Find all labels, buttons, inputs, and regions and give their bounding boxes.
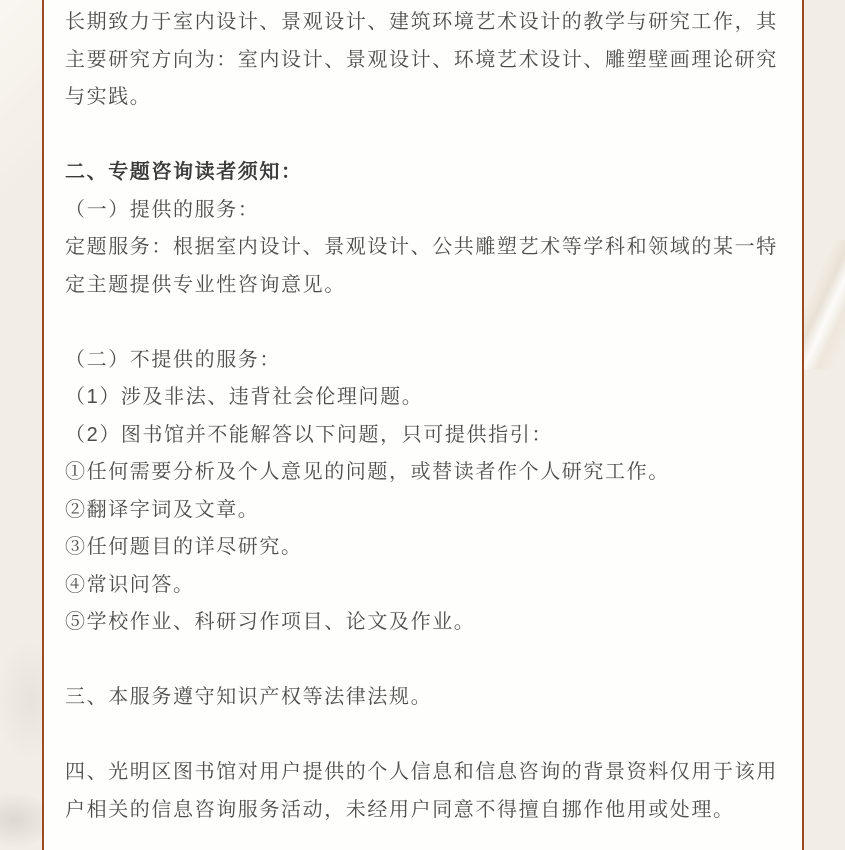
paragraph: （1）涉及非法、违背社会伦理问题。 <box>65 379 781 417</box>
paragraph: ①任何需要分析及个人意见的问题，或替读者作个人研究工作。 <box>65 454 781 492</box>
section-heading: 二、专题咨询读者须知： <box>65 154 781 192</box>
article-page: 长期致力于室内设计、景观设计、建筑环境艺术设计的教学与研究工作，其主要研究方向为… <box>0 0 845 850</box>
paragraph: （2）图书馆并不能解答以下问题，只可提供指引： <box>65 417 781 455</box>
paragraph: 长期致力于室内设计、景观设计、建筑环境艺术设计的教学与研究工作，其主要研究方向为… <box>65 4 781 117</box>
paragraph: 定题服务：根据室内设计、景观设计、公共雕塑艺术等学科和领域的某一特定主题提供专业… <box>65 229 781 304</box>
paragraph: ③任何题目的详尽研究。 <box>65 529 781 567</box>
paragraph: （二）不提供的服务： <box>65 342 781 380</box>
paragraph: ②翻译字词及文章。 <box>65 492 781 530</box>
paragraph: 三、本服务遵守知识产权等法律法规。 <box>65 679 781 717</box>
paragraph: 四、光明区图书馆对用户提供的个人信息和信息咨询的背景资料仅用于该用户相关的信息咨… <box>65 754 781 829</box>
paragraph: ④常识问答。 <box>65 567 781 605</box>
content-panel: 长期致力于室内设计、景观设计、建筑环境艺术设计的教学与研究工作，其主要研究方向为… <box>42 0 804 850</box>
article-body: 长期致力于室内设计、景观设计、建筑环境艺术设计的教学与研究工作，其主要研究方向为… <box>44 0 802 829</box>
paragraph: （一）提供的服务： <box>65 192 781 230</box>
paragraph: ⑤学校作业、科研习作项目、论文及作业。 <box>65 604 781 642</box>
